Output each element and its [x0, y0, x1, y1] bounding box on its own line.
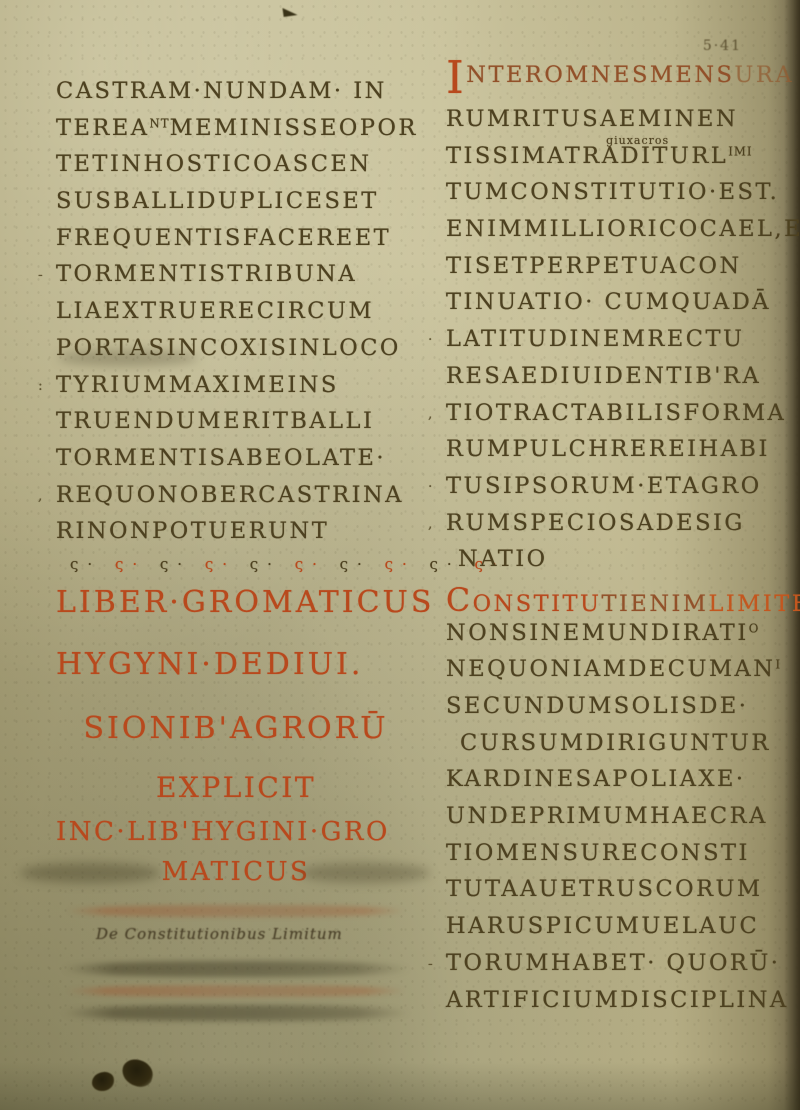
manuscript-line: UNDEPRIMUMHAECRA: [446, 803, 794, 840]
text-segment: TIENIM: [602, 591, 709, 617]
manuscript-line: LIBER·GROMATICUS: [56, 585, 416, 647]
manuscript-line: ,TIOTRACTABILISFORMA: [446, 400, 794, 437]
manuscript-line: NEQUONIAMDECUMANI: [446, 656, 794, 693]
text-segment: LATITUDINEMRECTU: [446, 326, 744, 352]
erased-line-smudge: [62, 1005, 410, 1021]
text-segment: ς·: [115, 555, 160, 573]
text-segment: TORUMHABET· QUORŪ·: [446, 950, 780, 976]
text-segment: LIMITES: [708, 591, 800, 617]
manuscript-line: SECUNDUMSOLISDE·: [446, 693, 794, 730]
text-segment: C: [446, 583, 473, 619]
text-segment: LIBER·GROMATICUS: [56, 585, 434, 620]
text-segment: RUMRITUSAEMINEN: [446, 106, 738, 132]
text-segment: ς·: [385, 555, 430, 573]
manuscript-line: -TORMENTISTRIBUNA: [56, 261, 416, 298]
manuscript-line: NONSINEMUNDIRATIO: [446, 620, 794, 657]
text-segment: I: [775, 658, 781, 672]
text-segment: REQUONOBERCASTRINA: [56, 482, 404, 508]
text-segment: CURSUMDIRIGUNTUR: [460, 730, 771, 756]
text-segment: NT: [150, 116, 170, 130]
manuscript-line: TETINHOSTICOASCEN: [56, 151, 416, 188]
manuscript-line: EXPLICIT: [56, 771, 416, 817]
text-segment: TUSIPSORUM·ETAGRO: [446, 473, 762, 499]
margin-mark: -: [428, 956, 435, 972]
manuscript-line: TORMENTISABEOLATE·: [56, 445, 416, 482]
manuscript-line: CURSUMDIRIGUNTUR: [446, 730, 794, 767]
margin-mark: :: [38, 378, 45, 394]
text-segment: FREQUENTISFACEREET: [56, 225, 391, 251]
text-segment: ENIMMILLIORICOCAEL,ES: [446, 216, 800, 242]
text-segment: ς·: [160, 555, 205, 573]
manuscript-line: ·LATITUDINEMRECTU: [446, 326, 794, 363]
manuscript-line: TRUENDUMERITBALLI: [56, 408, 416, 445]
text-segment: SIONIB'AGRORŪ: [83, 711, 388, 746]
margin-mark: ,: [428, 406, 435, 422]
text-segment: URA: [734, 62, 794, 88]
text-segment: TIOMENSURECONSTI: [446, 840, 750, 866]
erased-line-smudge: [66, 905, 406, 917]
manuscript-line: TISETPERPETUACON: [446, 253, 794, 290]
text-segment: SECUNDUMSOLISDE·: [446, 693, 748, 719]
text-segment: TORMENTISABEOLATE·: [56, 445, 386, 471]
text-segment: TORMENTISTRIBUNA: [56, 261, 357, 287]
manuscript-line: INC·LIB'HYGINI·GRO: [56, 817, 416, 857]
manuscript-line: RUMPULCHREREIHABI: [446, 436, 794, 473]
text-segment: MEMINISSEOPOR: [170, 115, 418, 141]
text-segment: RUMSPECIOSADESIG: [446, 510, 745, 536]
margin-mark: ,: [428, 516, 435, 532]
text-segment: LIAEXTRUERECIRCUM: [56, 298, 374, 324]
manuscript-line: LIAEXTRUERECIRCUM: [56, 298, 416, 335]
text-segment: CASTRAM·NUNDAM· IN: [56, 78, 387, 104]
folio-number: 5·41: [703, 38, 742, 54]
manuscript-line: ENIMMILLIORICOCAEL,ES: [446, 216, 794, 253]
text-segment: HYGYNI·DEDIUI.: [56, 647, 363, 682]
text-segment: NATIO: [458, 546, 548, 572]
text-segment: RUMPULCHREREIHABI: [446, 436, 770, 462]
text-segment: NEQUONIAMDECUMAN: [446, 656, 775, 682]
manuscript-line: SIONIB'AGRORŪ: [56, 711, 416, 771]
interlinear-gloss: giuxacros: [606, 134, 669, 147]
manuscript-line: RESAEDIUIDENTIB'RA: [446, 363, 794, 400]
text-segment: RESAEDIUIDENTIB'RA: [446, 363, 761, 389]
manuscript-line: -TORUMHABET· QUORŪ·: [446, 950, 794, 987]
manuscript-line: ,REQUONOBERCASTRINA: [56, 482, 416, 519]
text-segment: TRUENDUMERITBALLI: [56, 408, 374, 434]
manuscript-line: ς· ς· ς· ς· ς· ς· ς· ς· ς· ς·: [56, 555, 416, 585]
pen-mark-icon: [282, 6, 297, 17]
text-segment: TUMCONSTITUTIO·EST.: [446, 179, 779, 205]
text-segment: I: [446, 51, 466, 104]
erased-line-smudge: [62, 961, 410, 977]
text-segment: ς·: [295, 555, 340, 573]
margin-mark: ,: [38, 488, 45, 504]
manuscript-line: MATICUS: [56, 857, 416, 897]
margin-mark: ·: [428, 332, 435, 348]
text-segment: TEREA: [56, 115, 150, 141]
text-segment: ς·: [70, 555, 115, 573]
manuscript-line: ARTIFICIUMDISCIPLINA: [446, 987, 794, 1024]
manuscript-line: KARDINESAPOLIAXE·: [446, 766, 794, 803]
smudge-stain: [58, 350, 198, 366]
manuscript-line: TINUATIO· CUMQUADĀ: [446, 289, 794, 326]
manuscript-page: 5·41 CASTRAM·NUNDAM· INTEREANTMEMINISSEO…: [0, 0, 800, 1110]
manuscript-line: ,RUMSPECIOSADESIG: [446, 510, 794, 547]
text-segment: RINONPOTUERUNT: [56, 518, 329, 544]
manuscript-line: NATIO: [446, 546, 794, 583]
text-segment: TYRIUMMAXIMEINS: [56, 372, 339, 398]
text-segment: HARUSPICUMUELAUC: [446, 913, 759, 939]
text-segment: TIOTRACTABILISFORMA: [446, 400, 786, 426]
manuscript-line: HYGYNI·DEDIUI.: [56, 647, 416, 711]
text-segment: IMI: [728, 144, 752, 158]
right-text-column: INTEROMNESMENSURARUMRITUSAEMINENTISSIMAT…: [446, 60, 794, 1023]
text-segment: ARTIFICIUMDISCIPLINA: [446, 987, 789, 1013]
text-segment: ς·: [340, 555, 385, 573]
text-segment: TISSIMATRADITURL: [446, 143, 728, 169]
text-segment: ς·: [250, 555, 295, 573]
manuscript-line: CASTRAM·NUNDAM· IN: [56, 78, 416, 115]
text-segment: UNDEPRIMUMHAECRA: [446, 803, 768, 829]
manuscript-line: TUMCONSTITUTIO·EST.: [446, 179, 794, 216]
page-bottom-shadow: [0, 1062, 800, 1110]
manuscript-line: TUTAAUETRUSCORUM: [446, 876, 794, 913]
text-segment: NTEROMNESMENS: [466, 62, 734, 88]
margin-mark: ·: [428, 479, 435, 495]
manuscript-line: RINONPOTUERUNT: [56, 518, 416, 555]
manuscript-line: TEREANTMEMINISSEOPOR: [56, 115, 416, 152]
manuscript-line: HARUSPICUMUELAUC: [446, 913, 794, 950]
manuscript-line: SUSBALLIDUPLICESET: [56, 188, 416, 225]
left-text-column: CASTRAM·NUNDAM· INTEREANTMEMINISSEOPORTE…: [56, 78, 416, 1029]
text-segment: ς·: [205, 555, 250, 573]
text-segment: NONSINEMUNDIRATI: [446, 620, 749, 646]
text-segment: TETINHOSTICOASCEN: [56, 151, 372, 177]
text-segment: KARDINESAPOLIAXE·: [446, 766, 746, 792]
manuscript-line: ·TUSIPSORUM·ETAGRO: [446, 473, 794, 510]
manuscript-line: De Constitutionibus Limitum: [56, 925, 416, 953]
manuscript-line: CONSTITUTIENIMLIMITES: [446, 583, 794, 620]
manuscript-line: FREQUENTISFACEREET: [56, 225, 416, 262]
text-segment: TISETPERPETUACON: [446, 253, 742, 279]
erased-line-smudge: [66, 985, 406, 997]
text-segment: TINUATIO· CUMQUADĀ: [446, 289, 771, 315]
text-segment: EXPLICIT: [156, 771, 316, 804]
manuscript-line: INTEROMNESMENSURA: [446, 60, 794, 106]
manuscript-line: TIOMENSURECONSTI: [446, 840, 794, 877]
manuscript-line: TISSIMATRADITURLIMIgiuxacros: [446, 143, 794, 180]
margin-mark: -: [38, 267, 45, 283]
text-segment: De Constitutionibus Limitum: [96, 925, 343, 943]
text-segment: TUTAAUETRUSCORUM: [446, 876, 763, 902]
text-segment: SUSBALLIDUPLICESET: [56, 188, 379, 214]
text-segment: MATICUS: [162, 857, 311, 887]
manuscript-line: :TYRIUMMAXIMEINS: [56, 372, 416, 409]
text-segment: ONSTITU: [473, 591, 602, 617]
text-segment: O: [749, 621, 760, 635]
text-segment: INC·LIB'HYGINI·GRO: [56, 817, 390, 847]
